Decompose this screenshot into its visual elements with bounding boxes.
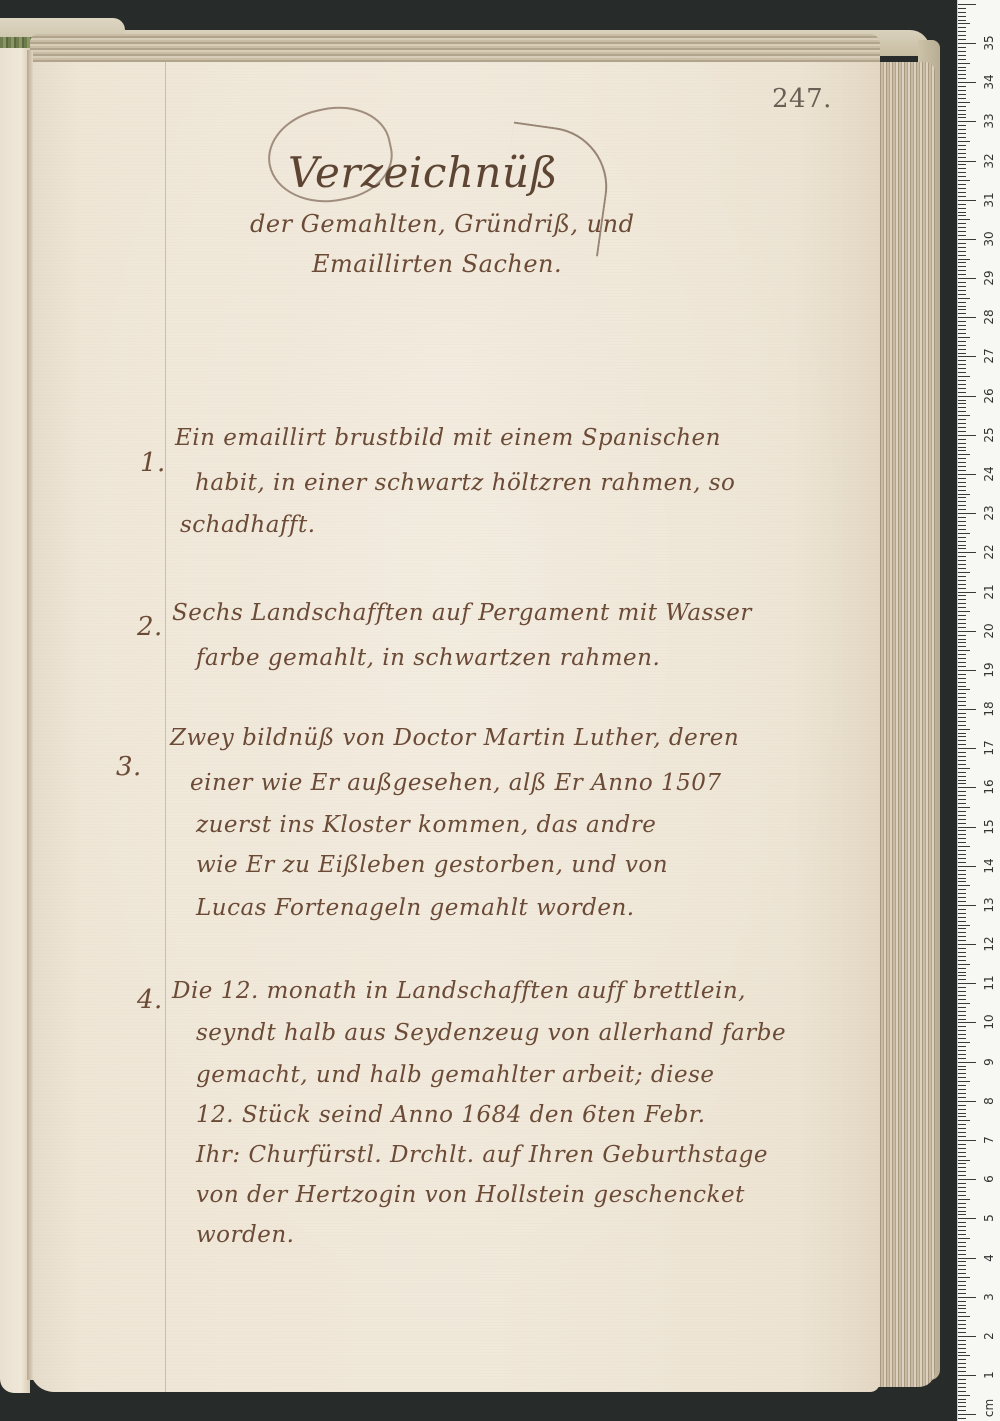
ruler-tick <box>958 1414 976 1415</box>
ruler-tick <box>958 1152 966 1153</box>
ruler-tick <box>958 576 966 577</box>
ruler-tick <box>958 215 966 216</box>
ruler-tick <box>958 27 966 28</box>
ruler-tick <box>958 1261 966 1262</box>
ruler-tick <box>958 78 966 79</box>
ruler-tick <box>958 729 970 730</box>
ruler-tick <box>958 20 966 21</box>
ruler-tick <box>958 999 966 1000</box>
ruler-tick <box>958 1258 976 1259</box>
ruler-tick <box>958 1285 966 1286</box>
ruler-tick <box>958 380 966 381</box>
entry-3-line-2: einer wie Er außgesehen, alß Er Anno 150… <box>190 770 722 796</box>
ruler-tick <box>958 760 966 761</box>
ruler-tick <box>958 533 970 534</box>
ruler-tick <box>958 12 966 13</box>
ruler-tick <box>958 67 966 68</box>
ruler-tick <box>958 282 966 283</box>
ruler-tick <box>958 603 966 604</box>
ruler-tick <box>958 917 966 918</box>
ruler-tick <box>958 623 966 624</box>
ruler-tick <box>958 725 966 726</box>
ruler-tick <box>958 497 966 498</box>
ruler-tick <box>958 490 966 491</box>
ruler-tick <box>958 82 976 83</box>
entry-3-line-4: wie Er zu Eißleben gestorben, und von <box>196 852 668 878</box>
ruler-label: 35 <box>979 32 999 54</box>
ruler-tick <box>958 658 966 659</box>
book-gutter <box>27 50 33 1380</box>
margin-rule-line <box>165 62 166 1392</box>
ruler-tick <box>958 227 966 228</box>
ruler-tick <box>958 1383 966 1384</box>
ruler-tick <box>958 889 966 890</box>
page-stack-fore-edge <box>875 62 935 1387</box>
ruler-tick <box>958 1195 966 1196</box>
ruler-tick <box>958 979 966 980</box>
ruler-tick <box>958 1250 966 1251</box>
ruler-tick <box>958 157 966 158</box>
ruler-tick <box>958 212 966 213</box>
ruler-tick <box>958 697 966 698</box>
ruler-tick <box>958 117 966 118</box>
ruler-tick <box>958 1222 966 1223</box>
ruler-tick <box>958 748 976 749</box>
ruler-tick <box>958 1183 966 1184</box>
ruler-tick <box>958 881 966 882</box>
ruler-tick <box>958 709 976 710</box>
ruler-tick <box>958 548 966 549</box>
ruler-tick <box>958 133 966 134</box>
ruler-tick <box>958 1073 966 1074</box>
ruler-tick <box>958 450 966 451</box>
ruler-tick <box>958 1093 966 1094</box>
ruler-tick <box>958 102 970 103</box>
ruler-tick <box>958 736 966 737</box>
ruler-tick <box>958 1211 966 1212</box>
ruler-label: 14 <box>979 855 999 877</box>
ruler-tick <box>958 956 966 957</box>
ruler-tick <box>958 294 966 295</box>
ruler-tick <box>958 1069 966 1070</box>
ruler-tick <box>958 846 970 847</box>
ruler-tick <box>958 787 976 788</box>
ruler-tick <box>958 1203 966 1204</box>
ruler-tick <box>958 505 966 506</box>
ruler-tick <box>958 1281 966 1282</box>
ruler-tick <box>958 51 966 52</box>
ruler-tick <box>958 666 966 667</box>
ruler-tick <box>958 1011 966 1012</box>
ruler-tick <box>958 259 970 260</box>
ruler-tick <box>958 70 966 71</box>
ruler-tick <box>958 1148 966 1149</box>
ruler-tick <box>958 1050 966 1051</box>
ruler-tick <box>958 1136 966 1137</box>
ruler-tick <box>958 494 970 495</box>
ruler-tick <box>958 1109 966 1110</box>
ruler-tick <box>958 885 970 886</box>
ruler-label: 16 <box>979 776 999 798</box>
ruler-tick <box>958 247 966 248</box>
ruler-tick <box>958 470 966 471</box>
entry-4-line-6: von der Hertzogin von Hollstein geschenc… <box>196 1182 745 1208</box>
ruler-tick <box>958 1163 966 1164</box>
ruler-tick <box>958 125 966 126</box>
ruler-tick <box>958 321 966 322</box>
ruler-label: 23 <box>979 502 999 524</box>
ruler-tick <box>958 599 966 600</box>
entry-2-line-2: farbe gemahlt, in schwartzen rahmen. <box>196 645 660 671</box>
ruler-tick <box>958 31 966 32</box>
ruler-tick <box>958 744 966 745</box>
ruler-tick <box>958 646 966 647</box>
ruler-tick <box>958 932 966 933</box>
ruler-tick <box>958 392 966 393</box>
ruler-tick <box>958 541 966 542</box>
ruler-tick <box>958 838 966 839</box>
entry-3-line-5: Lucas Fortenageln gemahlt worden. <box>196 895 635 921</box>
ruler-tick <box>958 1113 966 1114</box>
ruler-tick <box>958 364 966 365</box>
ruler-label: 20 <box>979 620 999 642</box>
ruler-tick <box>958 893 966 894</box>
ruler-tick <box>958 341 966 342</box>
ruler-tick <box>958 43 976 44</box>
ruler-tick <box>958 642 966 643</box>
ruler-tick <box>958 114 966 115</box>
ruler-tick <box>958 862 966 863</box>
ruler-tick <box>958 682 966 683</box>
ruler-tick <box>958 74 966 75</box>
ruler-tick <box>958 948 966 949</box>
ruler-tick <box>958 1171 966 1172</box>
ruler-tick <box>958 306 966 307</box>
ruler-tick <box>958 1097 966 1098</box>
ruler-tick <box>958 733 966 734</box>
ruler-tick <box>958 619 966 620</box>
ruler-tick <box>958 298 970 299</box>
ruler-label: 24 <box>979 463 999 485</box>
ruler-tick <box>958 1254 966 1255</box>
ruler-tick <box>958 8 966 9</box>
ruler-tick <box>958 329 966 330</box>
ruler-label: 27 <box>979 345 999 367</box>
entry-number-3: 3. <box>116 752 142 782</box>
ruler-tick <box>958 251 966 252</box>
ruler-tick <box>958 90 966 91</box>
ruler-tick <box>958 317 976 318</box>
ruler-tick <box>958 693 966 694</box>
ruler-tick <box>958 1316 970 1317</box>
ruler-label: 4 <box>979 1247 999 1269</box>
ruler-label: 17 <box>979 737 999 759</box>
ruler-tick <box>958 1022 976 1023</box>
ruler-tick <box>958 325 966 326</box>
ruler-tick <box>958 1305 966 1306</box>
ruler-tick <box>958 560 966 561</box>
ruler-tick <box>958 458 966 459</box>
ruler-tick <box>958 521 966 522</box>
ruler-tick <box>958 474 976 475</box>
ruler-tick <box>958 717 966 718</box>
entry-3-line-3: zuerst ins Kloster kommen, das andre <box>196 812 656 838</box>
ruler-tick <box>958 772 966 773</box>
ruler-tick <box>958 631 976 632</box>
ruler-tick <box>958 1246 966 1247</box>
ruler-tick <box>958 388 966 389</box>
entry-4-line-1: Die 12. monath in Landschafften auff bre… <box>172 978 746 1004</box>
ruler-tick <box>958 807 970 808</box>
ruler-tick <box>958 1293 966 1294</box>
ruler-tick <box>958 670 976 671</box>
centimeter-ruler: 1234567891011121314151617181920212223242… <box>957 0 1000 1421</box>
ruler-tick <box>958 960 966 961</box>
ruler-tick <box>958 842 966 843</box>
ruler-tick <box>958 1214 966 1215</box>
ruler-tick <box>958 23 970 24</box>
ruler-tick <box>958 1062 976 1063</box>
ruler-tick <box>958 423 966 424</box>
ruler-tick <box>958 239 976 240</box>
ruler-label: 21 <box>979 581 999 603</box>
ruler-tick <box>958 905 976 906</box>
ruler-tick <box>958 1034 966 1035</box>
ruler-tick <box>958 396 976 397</box>
ruler-tick <box>958 47 966 48</box>
ruler-tick <box>958 650 970 651</box>
ruler-tick <box>958 1124 966 1125</box>
ruler-tick <box>958 1105 966 1106</box>
ruler-tick <box>958 721 966 722</box>
ruler-tick <box>958 274 966 275</box>
ruler-tick <box>958 1410 966 1411</box>
ruler-tick <box>958 1265 966 1266</box>
ruler-tick <box>958 834 966 835</box>
ruler-tick <box>958 1269 966 1270</box>
ruler-tick <box>958 223 966 224</box>
ruler-tick <box>958 928 966 929</box>
entry-4-line-4: 12. Stück seind Anno 1684 den 6ten Febr. <box>196 1102 706 1128</box>
ruler-tick <box>958 1054 966 1055</box>
ruler-tick <box>958 168 966 169</box>
ruler-tick <box>958 16 966 17</box>
ruler-tick <box>958 944 976 945</box>
ruler-tick <box>958 572 970 573</box>
ruler-tick <box>958 615 966 616</box>
ruler-tick <box>958 1320 966 1321</box>
ruler-tick <box>958 874 966 875</box>
ruler-tick <box>958 764 966 765</box>
ruler-tick <box>958 1359 966 1360</box>
ruler-tick <box>958 525 966 526</box>
ruler-tick <box>958 1234 966 1235</box>
ruler-tick <box>958 145 966 146</box>
ruler-tick <box>958 1352 966 1353</box>
ruler-label: 19 <box>979 659 999 681</box>
ruler-tick <box>958 909 966 910</box>
ruler-tick <box>958 1089 966 1090</box>
ruler-tick <box>958 204 966 205</box>
ruler-tick <box>958 580 966 581</box>
ruler-tick <box>958 607 966 608</box>
ruler-tick <box>958 4 976 5</box>
ruler-tick <box>958 1324 966 1325</box>
ruler-tick <box>958 783 966 784</box>
page-subtitle-line-1: der Gemahlten, Gründriß, und <box>250 210 634 238</box>
ruler-tick <box>958 407 966 408</box>
ruler-tick <box>958 1128 966 1129</box>
ruler-tick <box>958 447 966 448</box>
ruler-tick <box>958 172 966 173</box>
ruler-tick <box>958 1218 976 1219</box>
entry-1-line-3: schadhafft. <box>180 512 316 538</box>
entry-number-1: 1. <box>140 448 166 478</box>
ruler-tick <box>958 925 970 926</box>
ruler-tick <box>958 537 966 538</box>
ruler-label: 26 <box>979 385 999 407</box>
ruler-tick <box>958 63 970 64</box>
ruler-tick <box>958 482 966 483</box>
ruler-tick <box>958 991 966 992</box>
ruler-tick <box>958 1077 966 1078</box>
ruler-tick <box>958 1019 966 1020</box>
ruler-tick <box>958 870 966 871</box>
ruler-tick <box>958 110 966 111</box>
ruler-tick <box>958 290 966 291</box>
ruler-tick <box>958 345 966 346</box>
ruler-tick <box>958 486 966 487</box>
ruler-tick <box>958 208 966 209</box>
folio-number: 247. <box>772 84 832 114</box>
ruler-tick <box>958 1336 976 1337</box>
ruler-tick <box>958 780 966 781</box>
ruler-tick <box>958 235 966 236</box>
ruler-tick <box>958 936 966 937</box>
ruler-tick <box>958 799 966 800</box>
ruler-tick <box>958 313 966 314</box>
ruler-tick <box>958 1348 966 1349</box>
ruler-tick <box>958 1273 966 1274</box>
ruler-tick <box>958 1363 966 1364</box>
ruler-label: 2 <box>979 1325 999 1347</box>
ruler-label: 18 <box>979 698 999 720</box>
ruler-tick <box>958 255 966 256</box>
ruler-tick <box>958 940 966 941</box>
ruler-tick <box>958 1160 970 1161</box>
manuscript-scan: 247. Verzeichnüß der Gemahlten, Gründriß… <box>0 0 1000 1421</box>
ruler-tick <box>958 1308 966 1309</box>
ruler-tick <box>958 121 976 122</box>
ruler-tick <box>958 176 966 177</box>
ruler-label: 32 <box>979 150 999 172</box>
ruler-tick <box>958 1187 966 1188</box>
ruler-label: 6 <box>979 1168 999 1190</box>
ruler-tick <box>958 713 966 714</box>
ruler-tick <box>958 1030 966 1031</box>
left-page-sliver <box>0 48 30 1393</box>
ruler-tick <box>958 854 966 855</box>
ruler-label: 11 <box>979 972 999 994</box>
ruler-tick <box>958 509 966 510</box>
ruler-tick <box>958 654 966 655</box>
ruler-tick <box>958 400 966 401</box>
ruler-tick <box>958 419 966 420</box>
ruler-tick <box>958 1085 966 1086</box>
ruler-tick <box>958 192 966 193</box>
ruler-tick <box>958 360 966 361</box>
ruler-tick <box>958 611 970 612</box>
ruler-tick <box>958 1289 966 1290</box>
ruler-tick <box>958 588 966 589</box>
ruler-tick <box>958 1226 966 1227</box>
ruler-tick <box>958 353 966 354</box>
ruler-tick <box>958 819 966 820</box>
ruler-tick <box>958 1167 966 1168</box>
ruler-tick <box>958 815 966 816</box>
page-subtitle-line-2: Emaillirten Sachen. <box>312 250 562 278</box>
ruler-tick <box>958 1375 976 1376</box>
ruler-label: 34 <box>979 71 999 93</box>
ruler-tick <box>958 1191 966 1192</box>
ruler-tick <box>958 1144 966 1145</box>
ruler-tick <box>958 1312 966 1313</box>
ruler-tick <box>958 164 966 165</box>
ruler-tick <box>958 86 966 87</box>
ruler-tick <box>958 552 976 553</box>
ruler-label: 30 <box>979 228 999 250</box>
ruler-label: 28 <box>979 306 999 328</box>
ruler-tick <box>958 196 966 197</box>
ruler-tick <box>958 286 966 287</box>
ruler-tick <box>958 501 966 502</box>
ruler-tick <box>958 59 966 60</box>
ruler-tick <box>958 584 966 585</box>
ruler-tick <box>958 337 970 338</box>
entry-4-line-2: seyndt halb aus Seydenzeug von allerhand… <box>196 1020 786 1046</box>
ruler-tick <box>958 411 966 412</box>
ruler-tick <box>958 897 966 898</box>
ruler-tick <box>958 1387 966 1388</box>
ruler-tick <box>958 795 966 796</box>
ruler-tick <box>958 1120 970 1121</box>
ruler-tick <box>958 55 966 56</box>
ruler-tick <box>958 1418 966 1419</box>
ruler-tick <box>958 376 970 377</box>
ruler-tick <box>958 1391 966 1392</box>
ruler-tick <box>958 803 966 804</box>
entry-number-4: 4. <box>137 985 163 1015</box>
ruler-tick <box>958 266 966 267</box>
ruler-tick <box>958 689 970 690</box>
ruler-tick <box>958 478 966 479</box>
ruler-tick <box>958 94 966 95</box>
ruler-tick <box>958 454 970 455</box>
ruler-tick <box>958 827 976 828</box>
ruler-tick <box>958 1301 966 1302</box>
ruler-tick <box>958 921 966 922</box>
page-title: Verzeichnüß <box>288 148 558 197</box>
ruler-tick <box>958 231 966 232</box>
ruler-tick <box>958 1371 966 1372</box>
ruler-label: 31 <box>979 189 999 211</box>
ruler-tick <box>958 356 976 357</box>
ruler-tick <box>958 431 966 432</box>
ruler-tick <box>958 1156 966 1157</box>
ruler-label: 3 <box>979 1286 999 1308</box>
ruler-tick <box>958 1175 966 1176</box>
entry-4-line-7: worden. <box>196 1222 295 1248</box>
